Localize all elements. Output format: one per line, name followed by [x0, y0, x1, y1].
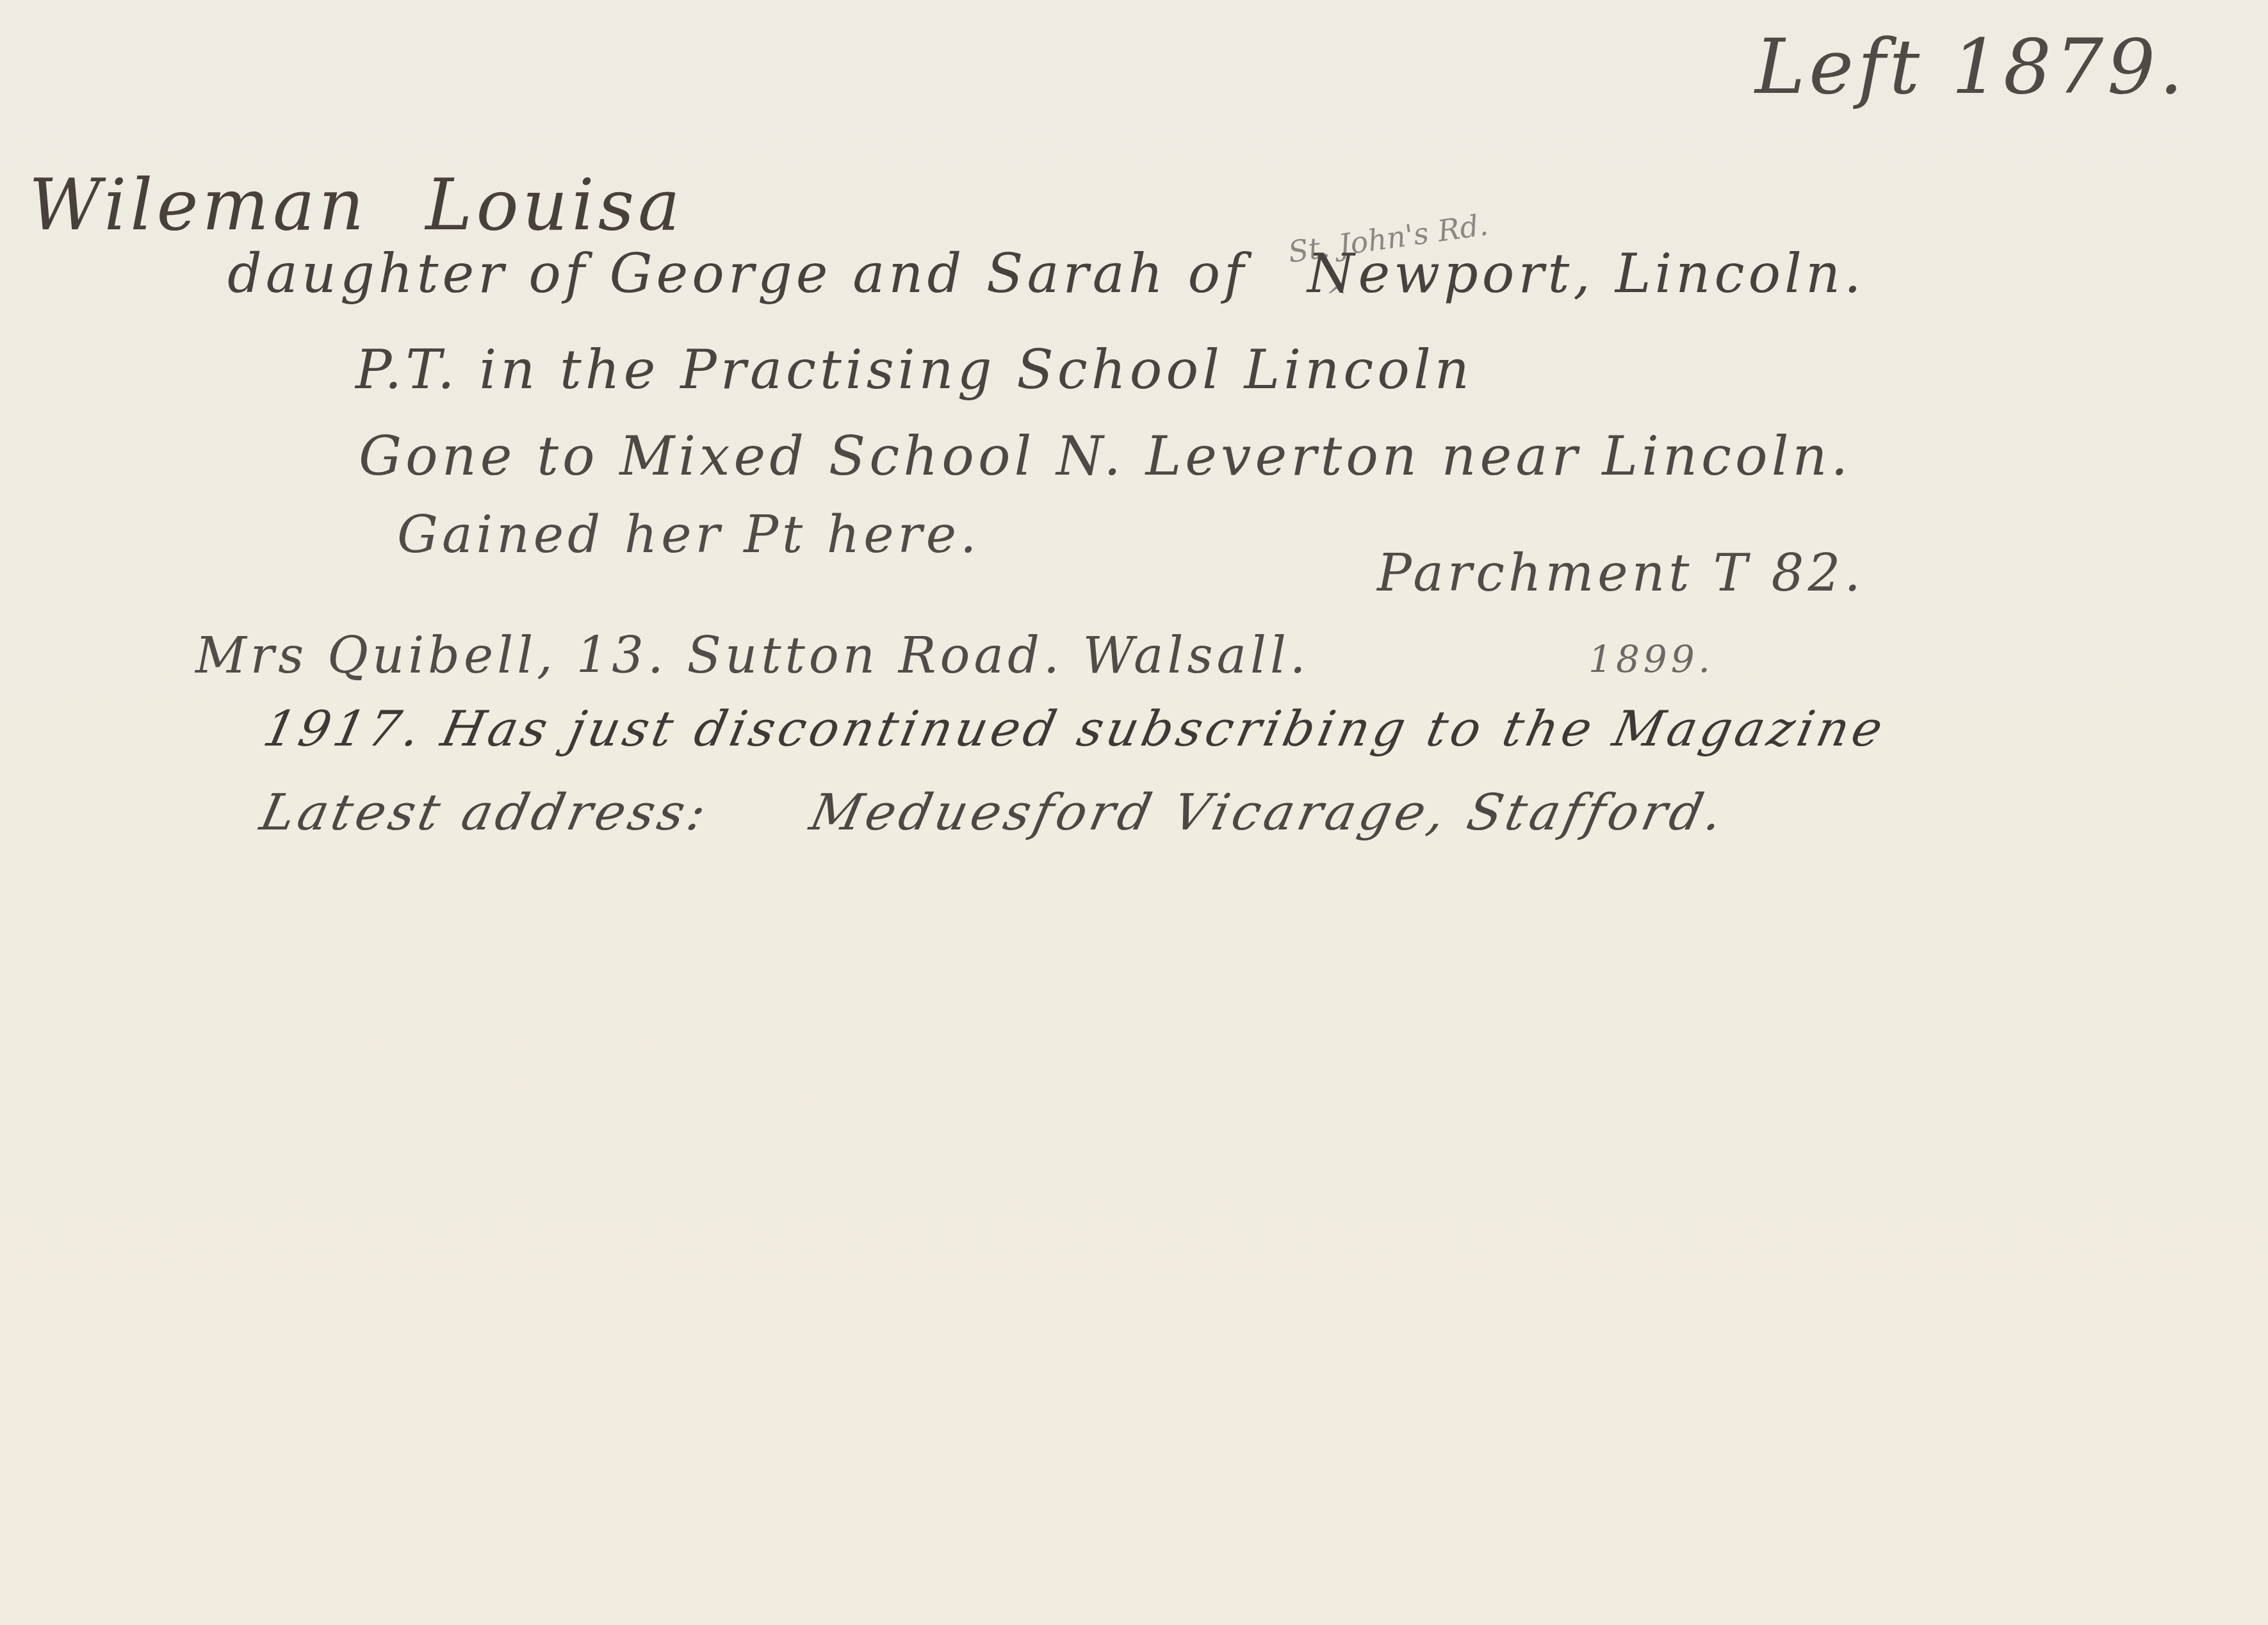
subscription-note-1917: 1917. Has just discontinued subscribing … [259, 705, 1891, 753]
register-page: Left 1879. WilemanLouisa St. John's Rd. … [0, 0, 2268, 1625]
given-name: Louisa [425, 164, 683, 246]
left-year-note: Left 1879. [1755, 29, 2187, 104]
latest-address-label: Latest address: [256, 784, 715, 842]
parentage-place: Newport, Lincoln. [1307, 242, 1865, 305]
latest-address-value: Meduesford Vicarage, Stafford. [805, 784, 1732, 842]
gone-to-school-line: Gone to Mixed School N. Leverton near Li… [359, 429, 1852, 483]
surname: Wileman [29, 164, 368, 246]
parchment-note: Parchment T 82. [1377, 548, 1864, 599]
married-name-address: Mrs Quibell, 13. Sutton Road. Walsall. [195, 631, 1310, 681]
parentage-line: daughter of George and Sarah of Newport,… [227, 247, 1865, 300]
pupil-teacher-line: P.T. in the Practising School Lincoln [355, 343, 1473, 396]
latest-address-line: Latest address:Meduesford Vicarage, Staf… [256, 788, 1731, 838]
parentage-text: daughter of George and Sarah of [227, 242, 1248, 305]
marriage-year: 1899. [1588, 641, 1714, 678]
student-name: WilemanLouisa [29, 170, 684, 240]
gained-line: Gained her Pt here. [397, 509, 981, 560]
